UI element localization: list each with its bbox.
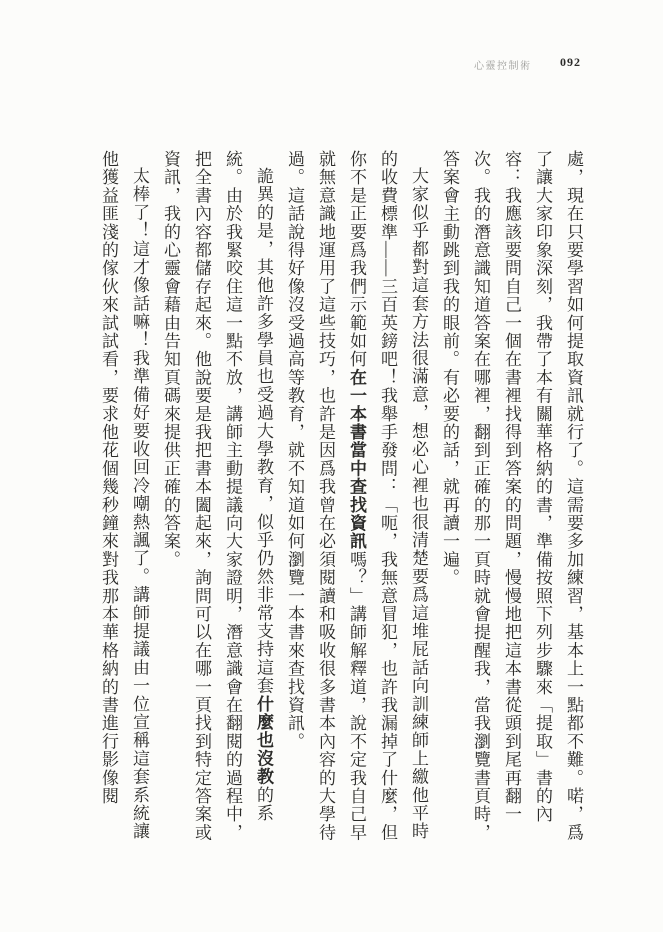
body-run: 太棒了！這才像話嘛！我準備好要收回冷嘲熱諷了。講師提議由一位宣稱這套系統讓他獲益…: [99, 150, 149, 840]
running-head-book-title: 心靈控制術: [474, 57, 532, 72]
body-text: 處，現在只要學習如何提取資訊就行了。這需要多加練習，基本上一點都不難。喏，爲了讓…: [93, 150, 589, 844]
paragraph: 詭異的是，其他許多學員也受過大學教育，似乎仍然非常支持這套什麼也沒教的系統。由於…: [155, 150, 279, 844]
paragraph: 大家似乎都對這套方法很滿意，想必心裡也很清楚要爲這堆屁話向訓練師上繳他平時的收費…: [279, 150, 434, 844]
body-run: 詭異的是，其他許多學員也受過大學教育，似乎仍然非常支持這套: [254, 167, 273, 695]
paragraph: 太棒了！這才像話嘛！我準備好要收回冷嘲熱諷了。講師提議由一位宣稱這套系統讓他獲益…: [93, 150, 155, 844]
body-run: 處，現在只要學習如何提取資訊就行了。這需要多加練習，基本上一點都不難。喏，爲了讓…: [440, 150, 583, 842]
emphasis-bold-run: 在一本書當中查找資訊: [347, 368, 366, 550]
paragraph: 處，現在只要學習如何提取資訊就行了。這需要多加練習，基本上一點都不難。喏，爲了讓…: [434, 150, 589, 844]
page-number: 092: [560, 55, 581, 70]
book-page: 心靈控制術 092 處，現在只要學習如何提取資訊就行了。這需要多加練習，基本上一…: [0, 0, 663, 932]
emphasis-bold-run: 什麼也沒教: [254, 695, 273, 786]
